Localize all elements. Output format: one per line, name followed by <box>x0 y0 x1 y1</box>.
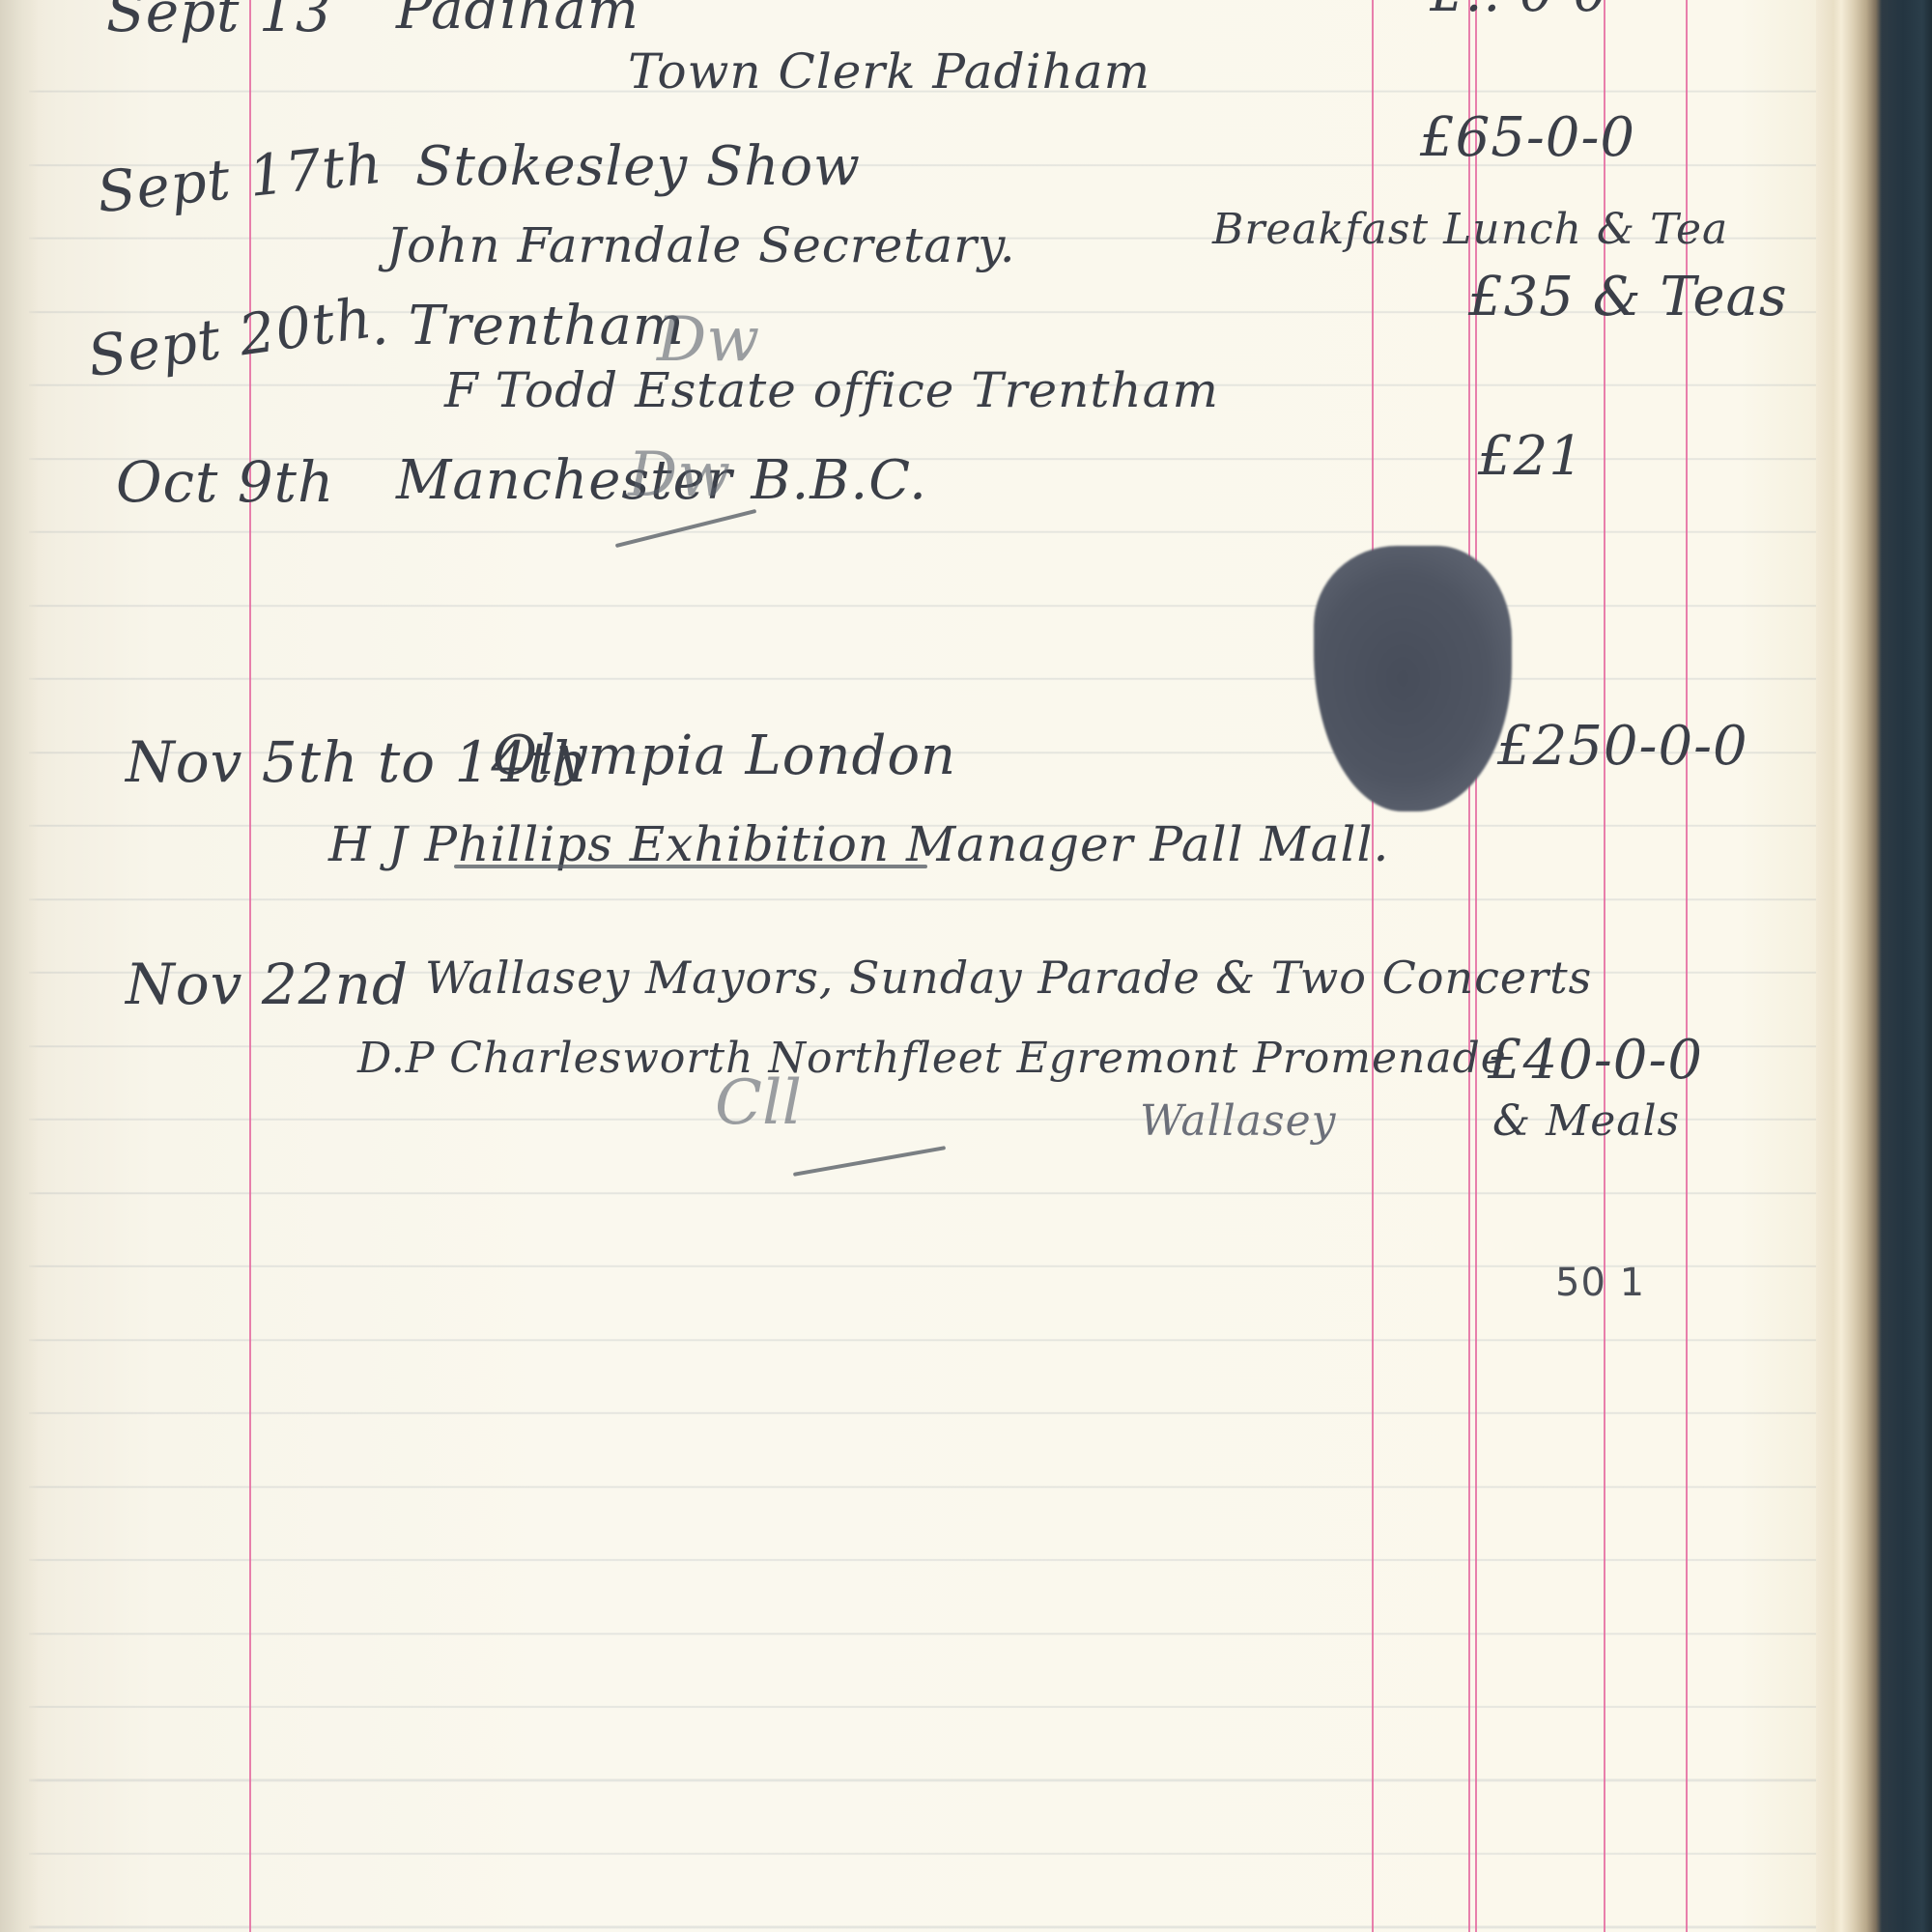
page-left-edge <box>0 0 39 1932</box>
entry-contact: John Farndale Secretary. <box>386 217 1016 273</box>
entry-amount: £65-0-0 <box>1420 106 1635 169</box>
entry-date: Sept 13 <box>106 0 332 44</box>
entry-note: & Meals <box>1492 1096 1680 1146</box>
entry-date: Oct 9th <box>116 449 334 515</box>
signature-mark: Dw <box>628 440 730 511</box>
entry-amount: £.. 0 0 <box>1430 0 1608 24</box>
underline-stroke <box>454 865 927 868</box>
signature-mark: Cll <box>715 1067 802 1139</box>
page-number: 50 1 <box>1555 1261 1645 1305</box>
entry-contact-line2: Wallasey <box>1140 1096 1337 1146</box>
entry-date: Nov 22nd <box>126 952 409 1017</box>
entry-amount: £21 <box>1478 425 1584 488</box>
entry-note: Breakfast Lunch & Tea <box>1212 205 1728 254</box>
entry-place: Stokesley Show <box>415 135 861 198</box>
entry-place: Wallasey Mayors, Sunday Parade & Two Con… <box>425 952 1592 1004</box>
book-binding <box>1816 0 1932 1932</box>
signature-mark: Dw <box>657 304 759 376</box>
entry-contact: F Todd Estate office Trentham <box>444 362 1219 418</box>
entry-contact: D.P Charlesworth Northfleet Egremont Pro… <box>357 1034 1507 1083</box>
entry-place: . Trentham <box>372 295 685 357</box>
entry-place: Olympia London <box>493 724 956 787</box>
entry-amount: £250-0-0 <box>1497 715 1748 778</box>
entry-place: Padiham <box>396 0 639 42</box>
entry-amount: £40-0-0 <box>1488 1029 1703 1092</box>
entry-amount: £35 & Teas <box>1468 266 1788 328</box>
entry-contact: Town Clerk Padiham <box>628 43 1151 99</box>
ledger-page: Sept 13 Padiham £.. 0 0 Town Clerk Padih… <box>0 0 1835 1932</box>
